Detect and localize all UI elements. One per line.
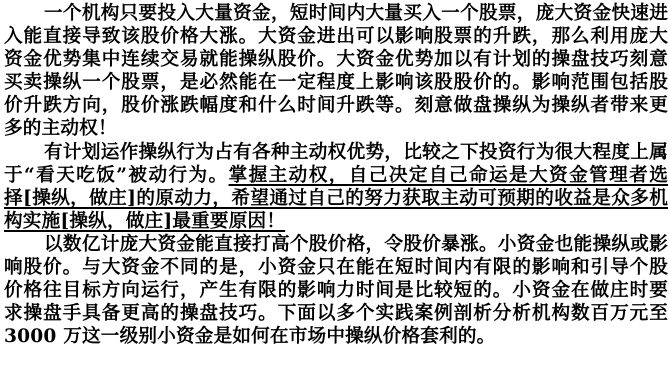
underlined-text: 掌握主动权，自己决定自己命运是大资金管理者选 <box>229 165 668 186</box>
text-line-underlined: 择[操纵，做庄]的原动力，希望通过自己的努力获取主动可预期的收益是众多机 <box>4 187 668 210</box>
underlined-text: 构实施[操纵，做庄]最重要原因！ <box>4 211 285 232</box>
text-line: 多的主动权！ <box>4 117 668 140</box>
paragraph-3: 以数亿计庞大资金能直接打高个股价格，令股价暴涨。小资金也能操纵或影 响股价。与大… <box>4 233 668 348</box>
text-line: 入能直接导致该股价格大涨。大资金进出可以影响股票的升跌，那么利用庞大 <box>4 25 668 48</box>
paragraph-1: 一个机构只要投入大量资金，短时间内大量买入一个股票，庞大资金快速进 入能直接导致… <box>4 2 668 141</box>
text-line: 价升跌方向，股价涨跌幅度和什么时间升跌等。刻意做盘操纵为操纵者带来更 <box>4 94 668 117</box>
text-line: 价格往目标方向运行，产生有限的影响力时间是比较短的。小资金在做庄时要 <box>4 279 668 302</box>
text-line: 求操盘手具备更高的操盘技巧。下面以多个实践案例剖析分析机构数百万元至 <box>4 302 668 325</box>
plain-text: 于“看天吃饭”被动行为。 <box>4 165 229 186</box>
paragraph-2: 有计划运作操纵行为占有各种主动权优势，比较之下投资行为很大程度上属 于“看天吃饭… <box>4 141 668 233</box>
text-line: 以数亿计庞大资金能直接打高个股价格，令股价暴涨。小资金也能操纵或影 <box>4 233 668 256</box>
underlined-text: 择[操纵，做庄]的原动力，希望通过自己的努力获取主动可预期的收益是众多机 <box>4 188 668 209</box>
text-line: 买卖操纵一个股票，是必然能在一定程度上影响该股股价的。影响范围包括股 <box>4 71 668 94</box>
text-line: 3000 万这一级别小资金是如何在市场中操纵价格套利的。 <box>4 325 668 348</box>
text-line: 资金优势集中连续交易就能操纵股价。大资金优势加以有计划的操盘技巧刻意 <box>4 48 668 71</box>
text-line: 一个机构只要投入大量资金，短时间内大量买入一个股票，庞大资金快速进 <box>4 2 668 25</box>
document-page: 一个机构只要投入大量资金，短时间内大量买入一个股票，庞大资金快速进 入能直接导致… <box>4 2 668 348</box>
text-line-underlined: 构实施[操纵，做庄]最重要原因！ <box>4 210 668 233</box>
text-line: 响股价。与大资金不同的是，小资金只在能在短时间内有限的影响和引导个股 <box>4 256 668 279</box>
text-line: 有计划运作操纵行为占有各种主动权优势，比较之下投资行为很大程度上属 <box>4 141 668 164</box>
text-line-mixed: 于“看天吃饭”被动行为。掌握主动权，自己决定自己命运是大资金管理者选 <box>4 164 668 187</box>
